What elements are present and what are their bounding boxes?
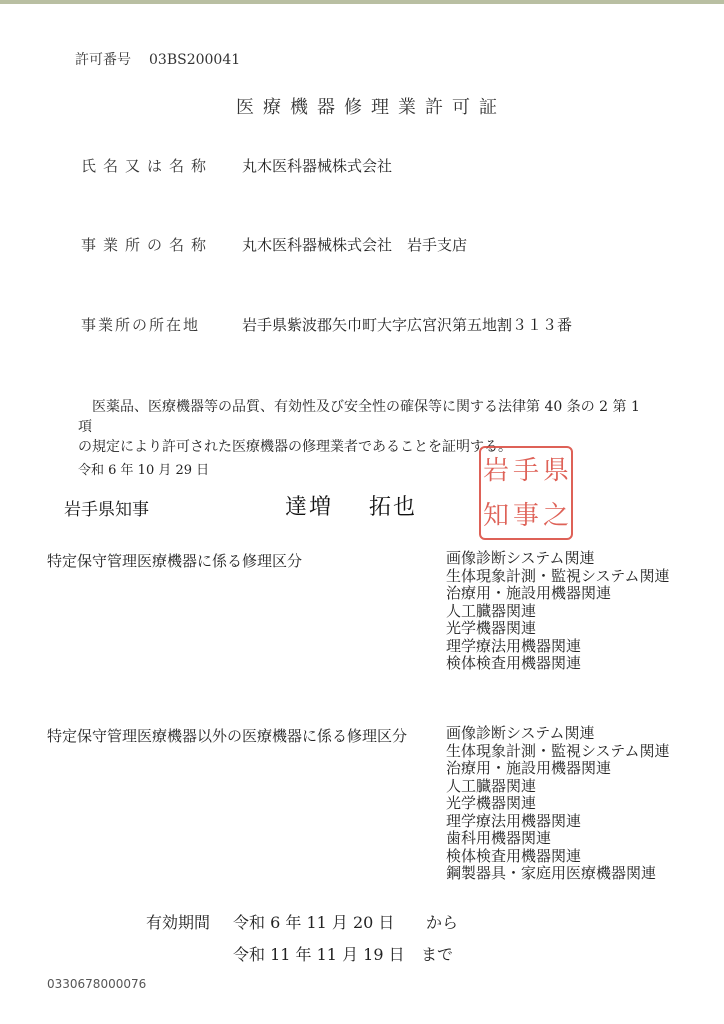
category-item: 理学療法用機器関連: [446, 813, 670, 831]
issue-date: 令和 6 年 10 月 29 日: [78, 459, 209, 478]
validity-to: 令和 11 年 11 月 19 日: [233, 942, 405, 965]
validity-from-suffix: から: [426, 910, 458, 933]
official-seal-stamp: 岩 手 県 知 事 之: [479, 446, 573, 540]
category-item: 検体検査用機器関連: [446, 655, 670, 673]
permit-number-value: 03BS200041: [149, 52, 240, 68]
category-item: 人工臓器関連: [446, 778, 670, 796]
serial-number: 0330678000076: [47, 977, 146, 991]
permit-number: 許可番号03BS200041: [75, 49, 240, 69]
category-item: 歯科用機器関連: [446, 830, 670, 848]
seal-char: 手: [511, 458, 541, 484]
category-item: 生体現象計測・監視システム関連: [446, 568, 670, 586]
field-value-office-address: 岩手県紫波郡矢巾町大字広宮沢第五地割３１３番: [242, 314, 572, 335]
category-item: 治療用・施設用機器関連: [446, 585, 670, 603]
validity-from: 令和 6 年 11 月 20 日: [233, 910, 394, 933]
seal-char: 県: [541, 458, 571, 484]
validity-label: 有効期間: [146, 910, 210, 933]
issuer-title: 岩手県知事: [64, 495, 149, 520]
statement-line-1: 医薬品、医療機器等の品質、有効性及び安全性の確保等に関する法律第 40 条の 2…: [78, 397, 658, 437]
field-label-office-address: 事業所の所在地: [81, 314, 200, 335]
field-label-name: 氏名又は名称: [81, 155, 213, 176]
validity-to-suffix: まで: [421, 942, 453, 965]
document-title: 医療機器修理業許可証: [236, 93, 506, 119]
issuer-given-name: 拓也: [369, 495, 417, 520]
seal-char: 事: [511, 503, 541, 529]
scan-top-edge: [0, 0, 724, 4]
category-item: 生体現象計測・監視システム関連: [446, 743, 670, 761]
seal-char: 知: [481, 503, 511, 529]
seal-char: 岩: [481, 458, 511, 484]
designated-categories-label: 特定保守管理医療機器に係る修理区分: [47, 550, 302, 571]
permit-number-label: 許可番号: [75, 52, 131, 68]
category-item: 理学療法用機器関連: [446, 638, 670, 656]
issuer-name: 達増拓也: [285, 490, 417, 521]
field-value-office-name: 丸木医科器械株式会社 岩手支店: [242, 234, 467, 255]
field-value-name: 丸木医科器械株式会社: [242, 155, 392, 176]
seal-char: 之: [541, 503, 571, 529]
field-label-office-name: 事業所の名称: [81, 234, 213, 255]
category-item: 鋼製器具・家庭用医療機器関連: [446, 865, 670, 883]
other-categories-list: 画像診断システム関連 生体現象計測・監視システム関連 治療用・施設用機器関連 人…: [446, 725, 670, 883]
issuer-surname: 達増: [285, 495, 333, 520]
category-item: 画像診断システム関連: [446, 725, 670, 743]
category-item: 画像診断システム関連: [446, 550, 670, 568]
other-categories-label: 特定保守管理医療機器以外の医療機器に係る修理区分: [47, 725, 407, 746]
category-item: 人工臓器関連: [446, 603, 670, 621]
category-item: 光学機器関連: [446, 620, 670, 638]
category-item: 検体検査用機器関連: [446, 848, 670, 866]
category-item: 治療用・施設用機器関連: [446, 760, 670, 778]
designated-categories-list: 画像診断システム関連 生体現象計測・監視システム関連 治療用・施設用機器関連 人…: [446, 550, 670, 673]
category-item: 光学機器関連: [446, 795, 670, 813]
